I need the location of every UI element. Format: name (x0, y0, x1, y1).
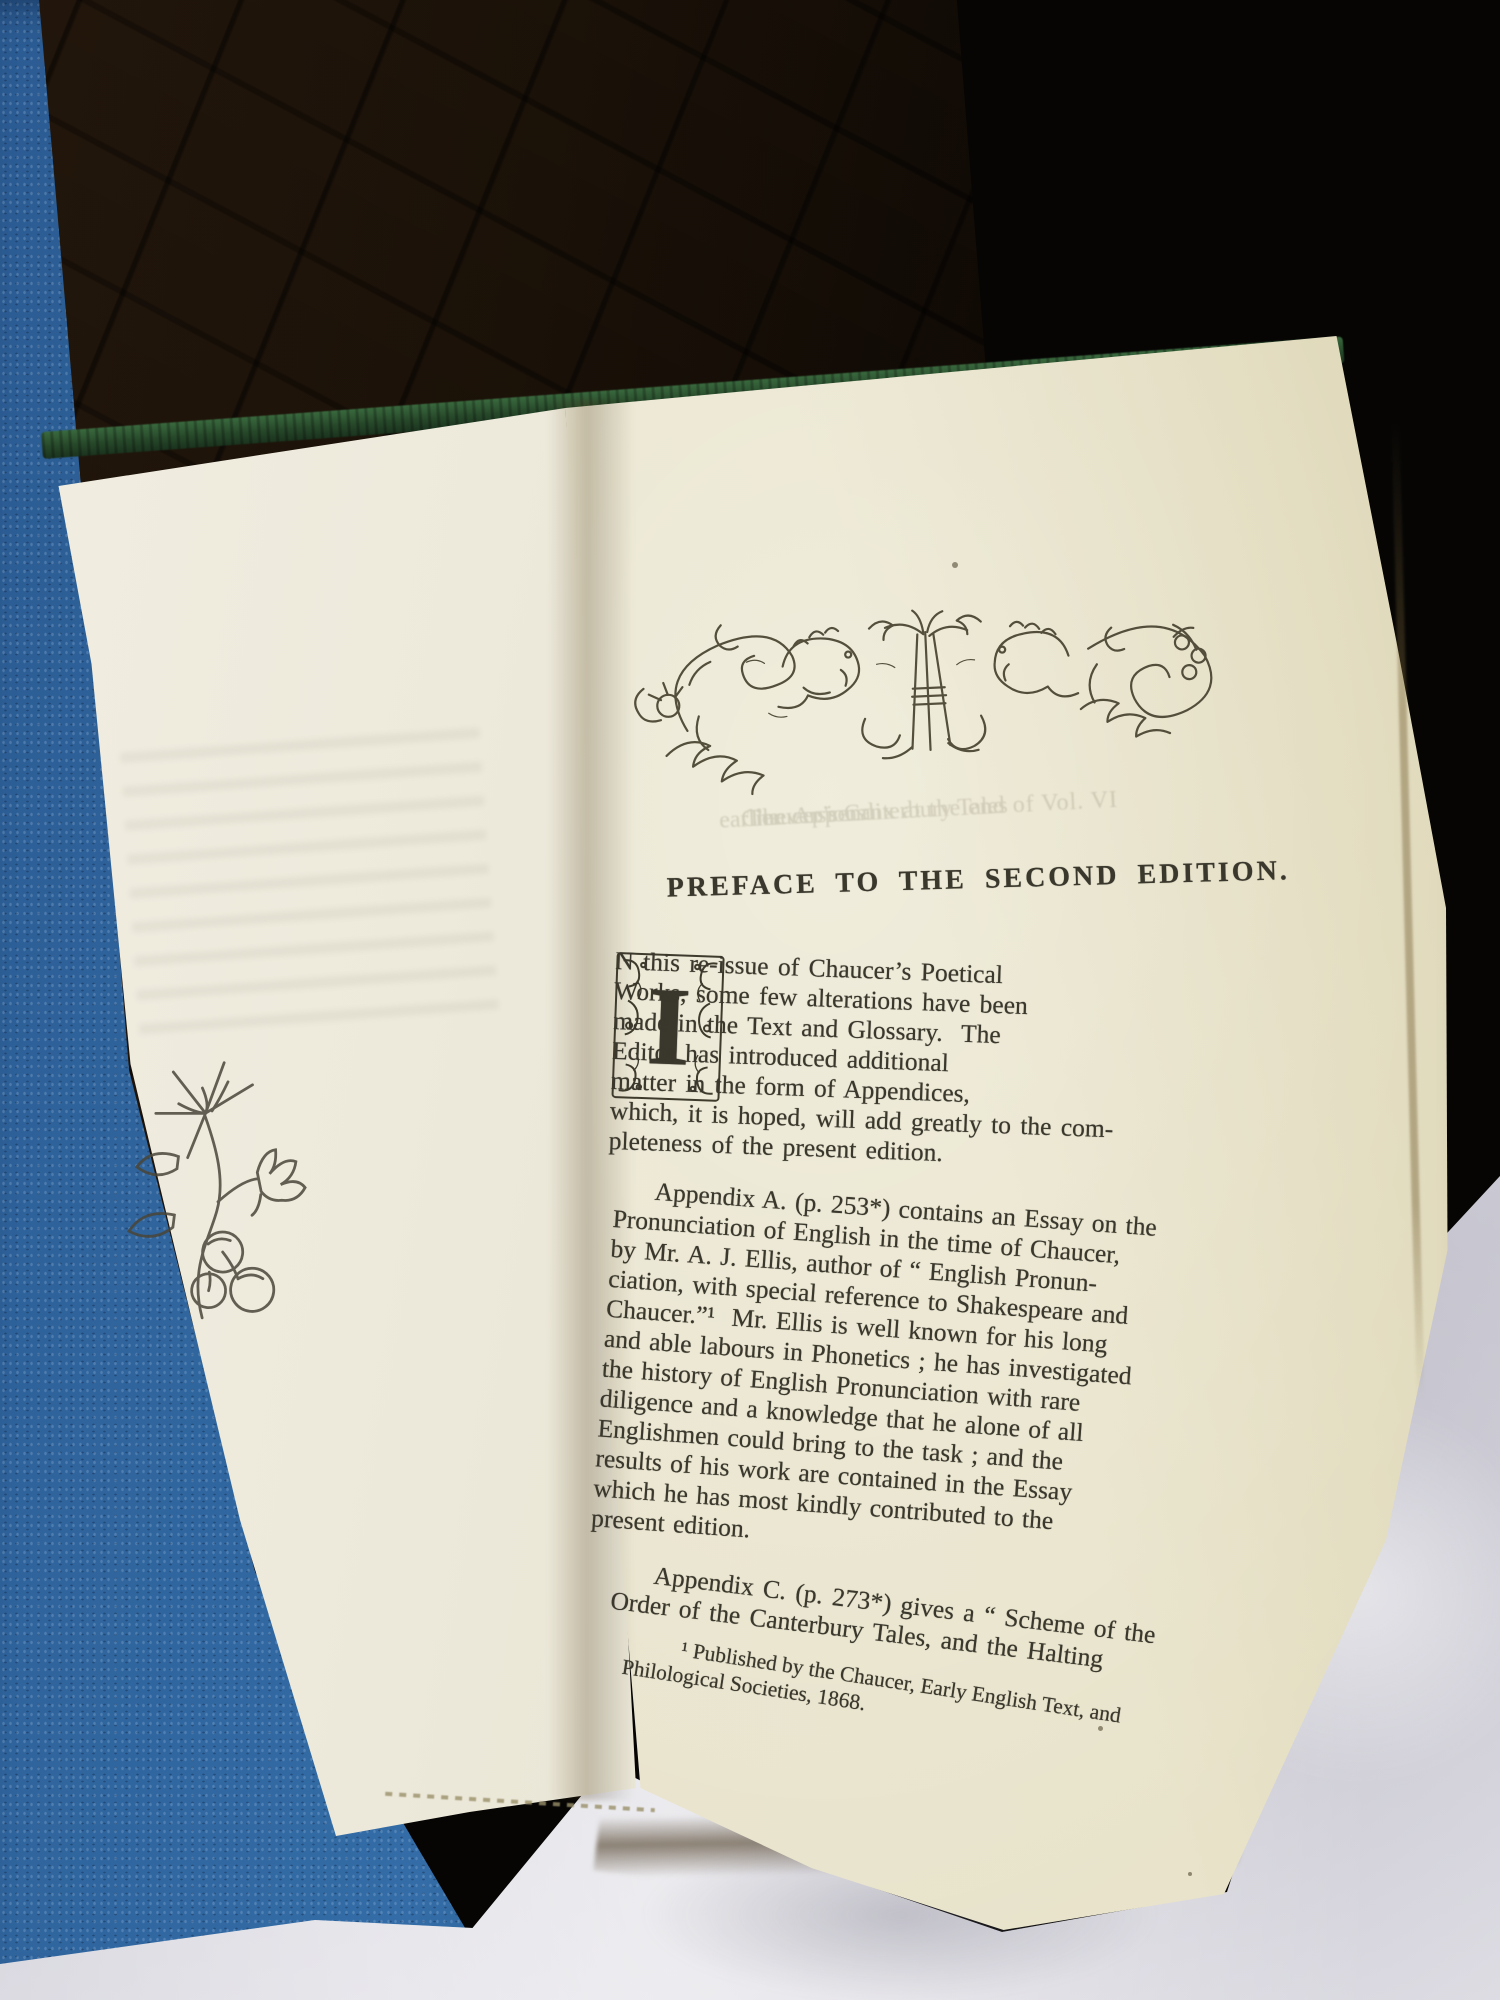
paragraph-2: Appendix A. (p. 253*) contains an Essay … (590, 1174, 1398, 1589)
photo-of-open-book: Chaucer’s Canterbury Tales The Appendix … (0, 0, 1500, 2000)
foliate-headpiece-ornament-icon (624, 582, 1232, 804)
flower-sprig-icon (106, 1042, 324, 1342)
left-page-show-through-smudge (120, 728, 500, 1052)
paragraph-1-text: N this re-issue of Chaucer’s PoeticalWor… (608, 946, 1119, 1174)
foxing-speck (952, 562, 958, 568)
foxing-speck (1188, 1872, 1192, 1876)
